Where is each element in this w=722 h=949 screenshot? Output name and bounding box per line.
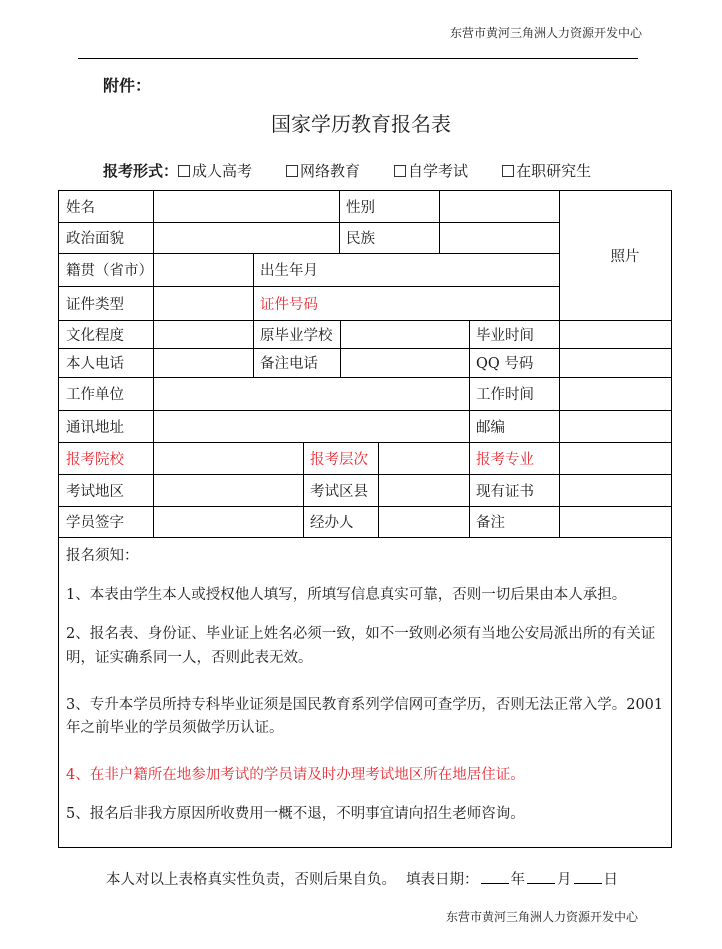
input-native-place[interactable]: [153, 253, 253, 286]
input-current-certificate[interactable]: [559, 474, 671, 506]
checkbox-icon[interactable]: [502, 165, 514, 177]
option-adult-exam[interactable]: 成人高考: [178, 160, 252, 181]
header-organization: 东营市黄河三角洲人力资源开发中心: [0, 24, 642, 41]
label-qq: QQ 号码: [469, 348, 559, 377]
label-current-certificate: 现有证书: [469, 474, 559, 506]
label-exam-region: 考试地区: [59, 474, 153, 506]
month-input[interactable]: [527, 871, 555, 884]
checkbox-icon[interactable]: [394, 165, 406, 177]
checkbox-icon[interactable]: [286, 165, 298, 177]
input-id-number[interactable]: [340, 286, 559, 320]
input-exam-county[interactable]: [378, 474, 469, 506]
year-input[interactable]: [481, 871, 509, 884]
option-label: 在职研究生: [516, 160, 591, 181]
label-political-status: 政治面貌: [59, 222, 153, 253]
input-postcode[interactable]: [559, 410, 671, 442]
label-name: 姓名: [59, 191, 153, 222]
input-graduation-time[interactable]: [559, 320, 671, 348]
note-item: 1、本表由学生本人或授权他人填写，所填写信息真实可靠，否则一切后果由本人承担。: [66, 584, 665, 607]
input-target-school[interactable]: [153, 442, 303, 474]
input-remarks[interactable]: [559, 506, 671, 537]
label-employer: 工作单位: [59, 377, 153, 410]
checkbox-icon[interactable]: [178, 165, 190, 177]
input-backup-phone[interactable]: [340, 348, 469, 377]
label-target-school: 报考院校: [59, 442, 153, 474]
header-divider: [78, 58, 638, 59]
label-gender: 性别: [339, 191, 439, 222]
footer-organization: 东营市黄河三角洲人力资源开发中心: [0, 908, 638, 925]
photo-area[interactable]: 照片: [559, 191, 671, 320]
input-political-status[interactable]: [153, 222, 339, 253]
day-input[interactable]: [574, 871, 602, 884]
label-id-number: 证件号码: [253, 286, 340, 320]
label-student-signature: 学员签字: [59, 506, 153, 537]
page-title: 国家学历教育报名表: [0, 108, 722, 137]
option-label: 自学考试: [408, 160, 468, 181]
label-graduation-time: 毕业时间: [469, 320, 559, 348]
notes-heading: 报名须知：: [66, 545, 665, 568]
label-former-school: 原毕业学校: [253, 320, 340, 348]
input-gender[interactable]: [439, 191, 559, 222]
year-label: 年: [511, 868, 526, 889]
exam-form-options: 报考形式： 成人高考 网络教育 自学考试 在职研究生: [103, 160, 625, 181]
option-label: 网络教育: [300, 160, 360, 181]
label-address: 通讯地址: [59, 410, 153, 442]
label-postcode: 邮编: [469, 410, 559, 442]
input-employer[interactable]: [153, 377, 469, 410]
input-address[interactable]: [153, 410, 469, 442]
input-id-type[interactable]: [153, 286, 253, 320]
input-former-school[interactable]: [340, 320, 469, 348]
input-qq[interactable]: [559, 348, 671, 377]
input-birth-date[interactable]: [340, 253, 559, 286]
input-target-level[interactable]: [378, 442, 469, 474]
label-ethnicity: 民族: [339, 222, 439, 253]
label-exam-county: 考试区县: [303, 474, 378, 506]
input-education-level[interactable]: [153, 320, 253, 348]
declaration-line: 本人对以上表格真实性负责，否则后果自负。 填表日期： 年 月 日: [106, 868, 618, 889]
label-target-level: 报考层次: [303, 442, 378, 474]
label-id-type: 证件类型: [59, 286, 153, 320]
label-birth-date: 出生年月: [253, 253, 340, 286]
registration-table: 姓名 性别 照片 政治面貌 民族 籍贯（省市） 出生年月 证件类型 证件号码 文…: [58, 190, 672, 848]
label-work-time: 工作时间: [469, 377, 559, 410]
note-item: 2、报名表、身份证、毕业证上姓名必须一致，如不一致则必须有当地公安局派出所的有关…: [66, 623, 665, 669]
label-education-level: 文化程度: [59, 320, 153, 348]
label-remarks: 备注: [469, 506, 559, 537]
option-label: 成人高考: [192, 160, 252, 181]
input-exam-region[interactable]: [153, 474, 303, 506]
month-label: 月: [557, 868, 572, 889]
input-work-time[interactable]: [559, 377, 671, 410]
label-handler: 经办人: [303, 506, 378, 537]
day-label: 日: [604, 868, 619, 889]
note-item: 5、报名后非我方原因所收费用一概不退，不明事宜请向招生老师咨询。: [66, 803, 665, 826]
input-ethnicity[interactable]: [439, 222, 559, 253]
label-phone: 本人电话: [59, 348, 153, 377]
registration-notes: 报名须知： 1、本表由学生本人或授权他人填写，所填写信息真实可靠，否则一切后果由…: [66, 545, 665, 827]
option-in-service-graduate[interactable]: 在职研究生: [502, 160, 591, 181]
exam-form-label: 报考形式：: [103, 160, 178, 181]
note-item-highlighted: 4、在非户籍所在地参加考试的学员请及时办理考试地区所在地居住证。: [66, 764, 665, 787]
option-self-study[interactable]: 自学考试: [394, 160, 468, 181]
date-label: 填表日期：: [406, 868, 479, 889]
attachment-label: 附件：: [103, 73, 151, 96]
input-phone[interactable]: [153, 348, 253, 377]
input-student-signature[interactable]: [153, 506, 303, 537]
option-online-education[interactable]: 网络教育: [286, 160, 360, 181]
input-handler[interactable]: [378, 506, 469, 537]
label-native-place: 籍贯（省市）: [59, 253, 153, 286]
label-backup-phone: 备注电话: [253, 348, 340, 377]
note-item: 3、专升本学员所持专科毕业证须是国民教育系列学信网可查学历，否则无法正常入学。2…: [66, 694, 665, 740]
input-name[interactable]: [153, 191, 339, 222]
label-target-major: 报考专业: [469, 442, 559, 474]
input-target-major[interactable]: [559, 442, 671, 474]
photo-label: 照片: [611, 245, 640, 266]
declaration-text: 本人对以上表格真实性负责，否则后果自负。: [106, 868, 396, 889]
